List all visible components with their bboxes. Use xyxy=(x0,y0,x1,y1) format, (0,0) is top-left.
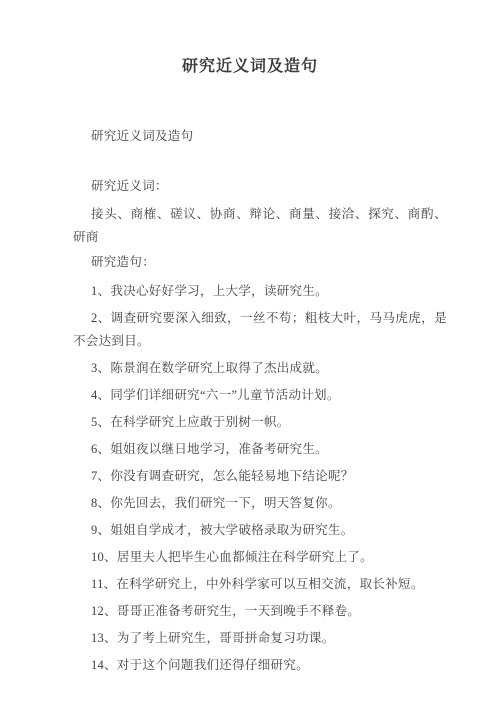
sentence-paragraph: 12、哥哥正准备考研究生，一天到晚手不释卷。 xyxy=(73,600,447,623)
synonyms-list: 接头、商榷、磋议、协商、辩论、商量、接洽、探究、商酌、研商 xyxy=(73,203,447,249)
document-subtitle: 研究近义词及造句 xyxy=(73,125,447,148)
sentence-paragraph: 1、我决心好好学习，上大学，读研究生。 xyxy=(73,280,447,303)
sentence-paragraph: 6、姐姐夜以继日地学习，准备考研究生。 xyxy=(73,438,447,461)
sentence-paragraph: 10、居里夫人把毕生心血都倾注在科学研究上了。 xyxy=(73,546,447,569)
sentences-heading: 研究造句： xyxy=(73,251,447,274)
sentence-paragraph: 4、同学们详细研究“六一”儿童节活动计划。 xyxy=(73,384,447,407)
document-title: 研究近义词及造句 xyxy=(0,55,500,79)
document-body: 研究近义词及造句 研究近义词： 接头、商榷、磋议、协商、辩论、商量、接洽、探究、… xyxy=(73,125,447,677)
synonyms-heading: 研究近义词： xyxy=(73,175,447,198)
sentence-paragraph: 11、在科学研究上，中外科学家可以互相交流，取长补短。 xyxy=(73,573,447,596)
sentence-paragraph: 7、你没有调查研究，怎么能轻易地下结论呢？ xyxy=(73,465,447,488)
sentence-paragraph: 3、陈景润在数学研究上取得了杰出成就。 xyxy=(73,357,447,380)
document-page: 研究近义词及造句 研究近义词及造句 研究近义词： 接头、商榷、磋议、协商、辩论、… xyxy=(0,0,500,707)
sentence-list: 1、我决心好好学习，上大学，读研究生。2、调查研究要深入细致，一丝不苟；粗枝大叶… xyxy=(73,280,447,677)
sentence-paragraph: 14、对于这个问题我们还得仔细研究。 xyxy=(73,654,447,677)
sentence-paragraph: 2、调查研究要深入细致，一丝不苟；粗枝大叶，马马虎虎，是不会达到目。 xyxy=(73,307,447,353)
sentence-paragraph: 5、在科学研究上应敢于别树一帜。 xyxy=(73,411,447,434)
sentence-paragraph: 8、你先回去，我们研究一下，明天答复你。 xyxy=(73,492,447,515)
sentence-paragraph: 9、姐姐自学成才，被大学破格录取为研究生。 xyxy=(73,519,447,542)
sentence-paragraph: 13、为了考上研究生，哥哥拼命复习功课。 xyxy=(73,627,447,650)
